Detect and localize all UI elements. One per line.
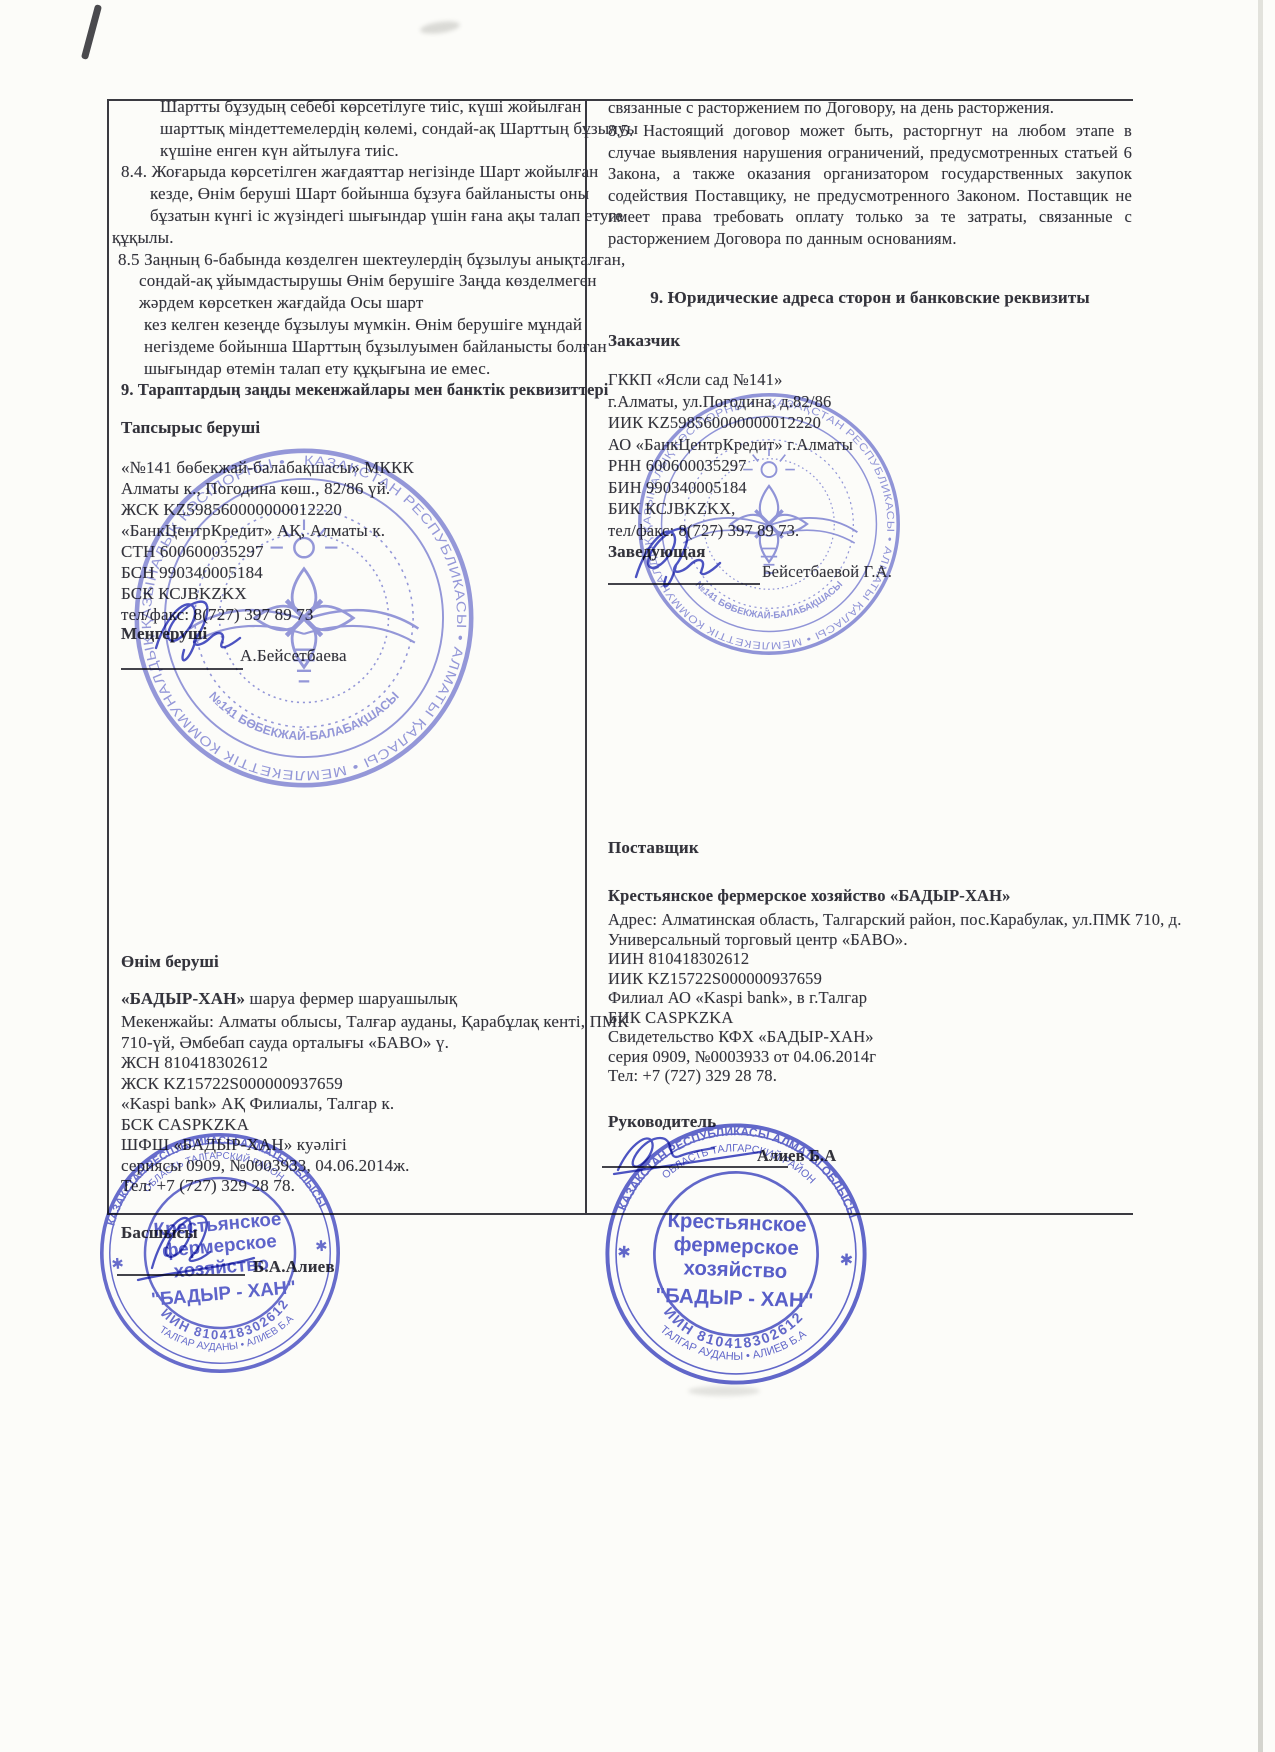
left-supplier-details: Мекенжайы: Алматы облысы, Талғар ауданы,… bbox=[121, 1012, 629, 1197]
detail-line: ИИН 810418302612 bbox=[608, 949, 1181, 969]
clause-line: сондай-ақ ұйымдастырушы Өнім берушіге За… bbox=[112, 270, 582, 292]
left-supplier-head-label: Басшысы bbox=[121, 1222, 198, 1244]
detail-line: ШФШ «БАДЫР-ХАН» куәлігі bbox=[121, 1135, 629, 1156]
svg-text:ИИН 810418302612: ИИН 810418302612 bbox=[659, 1304, 808, 1355]
detail-line: РНН 600600035297 bbox=[608, 455, 853, 477]
stamp-center-line: "БАДЫР - ХАН" bbox=[655, 1285, 814, 1312]
clause-line: жәрдем көрсеткен жағдайда Осы шарт bbox=[112, 292, 582, 314]
scan-mark-corner bbox=[81, 4, 102, 60]
detail-line: Адрес: Алматинская область, Талгарский р… bbox=[608, 910, 1181, 930]
detail-line: БИК CASPKZKA bbox=[608, 1008, 1181, 1028]
scanned-contract-page: Шартты бұзудың себебі көрсетілуге тиіс, … bbox=[0, 0, 1275, 1752]
detail-line: Универсальный торговый центр «БАВО». bbox=[608, 930, 1181, 950]
detail-line: Тел: +7 (727) 329 28 78. bbox=[608, 1066, 1181, 1086]
table-border-left bbox=[107, 99, 109, 1215]
left-customer-head-label: Меңгеруші bbox=[121, 623, 207, 645]
right-supplier-head-label: Руководитель bbox=[608, 1112, 716, 1132]
detail-line: ИИК KZ598560000000012220 bbox=[608, 412, 853, 434]
detail-line: «Kaspi bank» АҚ Филиалы, Талгар к. bbox=[121, 1094, 629, 1115]
stamp-outer-top-text: КАЗАКСТАН РЕСПУБЛИКАСЫ АЛМАТЫ ОБЛЫСЫ bbox=[615, 1120, 863, 1221]
svg-text:№141 БӨБЕКЖАЙ-БАЛАБАҚШАСЫ: №141 БӨБЕКЖАЙ-БАЛАБАҚШАСЫ bbox=[206, 689, 402, 743]
detail-line: ЖСН 810418302612 bbox=[121, 1053, 629, 1074]
supplier-signature-right bbox=[608, 1126, 768, 1191]
detail-line: 710-үй, Әмбебап сауда орталығы «БАВО» ү. bbox=[121, 1033, 629, 1054]
detail-line: «БанкЦентрКредит» АҚ, Алматы к. bbox=[121, 520, 414, 541]
detail-line: ЖСК KZ598560000000012220 bbox=[121, 499, 414, 520]
right-customer-details: ГККП «Ясли сад №141» г.Алматы, ул.Погоди… bbox=[608, 369, 853, 541]
svg-text:№141 БӨБЕКЖАЙ-БАЛАБАҚШАСЫ: №141 БӨБЕКЖАЙ-БАЛАБАҚШАСЫ bbox=[693, 579, 845, 621]
detail-line: «№141 бөбекжай-балабақшасы» МККК bbox=[121, 457, 414, 478]
stamp-iin-text: ИИН 810418302612 bbox=[659, 1304, 808, 1355]
detail-line: Свидетельство КФХ «БАДЫР-ХАН» bbox=[608, 1027, 1181, 1047]
right-supplier-name: Крестьянское фермерское хозяйство «БАДЫР… bbox=[608, 886, 1010, 906]
stamp-star-icon: ✱ bbox=[315, 1238, 329, 1255]
detail-line: БСН 990340005184 bbox=[121, 562, 414, 583]
svg-text:ТАЛГАР АУДАНЫ • АЛИЕВ Б.А: ТАЛГАР АУДАНЫ • АЛИЕВ Б.А bbox=[657, 1323, 810, 1365]
left-section9-heading: 9. Тараптардың заңды мекенжайлары мен ба… bbox=[121, 380, 608, 400]
detail-line: БСК КСJBKZKX bbox=[121, 583, 414, 604]
signature-line bbox=[602, 1166, 788, 1168]
stamp-star-icon: ✱ bbox=[839, 1251, 853, 1269]
svg-text:ИИН 810418302612: ИИН 810418302612 bbox=[157, 1295, 295, 1348]
right-clause-85: 8.5. Настоящий договор может быть, расто… bbox=[608, 120, 1132, 250]
detail-line: ЖСК KZ15722S000000937659 bbox=[121, 1074, 629, 1095]
supplier-name-bold: «БАДЫР-ХАН» bbox=[121, 989, 245, 1008]
detail-line: сериясы 0909, №0003933, 04.06.2014ж. bbox=[121, 1156, 629, 1177]
detail-line: БИК КСJBKZKX, bbox=[608, 498, 853, 520]
stamp-iin-text: ИИН 810418302612 bbox=[157, 1295, 295, 1348]
detail-line: Филиал АО «Kaspi bank», в г.Талгар bbox=[608, 988, 1181, 1008]
svg-text:ТАЛГАР АУДАНЫ • АЛИЕВ Б.А: ТАЛГАР АУДАНЫ • АЛИЕВ Б.А bbox=[156, 1313, 298, 1359]
clause-line: күшіне енген күн айтылуға тиіс. bbox=[112, 140, 582, 162]
detail-line: г.Алматы, ул.Погодина, д.82/86 bbox=[608, 391, 853, 413]
detail-line: ИИК KZ15722S000000937659 bbox=[608, 969, 1181, 989]
signature-line bbox=[121, 668, 243, 670]
right-customer-head-label: Заведующая bbox=[608, 542, 706, 562]
paper-edge-right bbox=[1258, 0, 1263, 1752]
detail-line: Тел: +7 (727) 329 28 78. bbox=[121, 1176, 629, 1197]
clause-line: шарттық міндеттемелердің көлемі, сондай-… bbox=[112, 118, 582, 140]
clause-line: кезде, Өнім беруші Шарт бойынша бұзуға б… bbox=[112, 183, 582, 205]
stamp-center-line: "БАДЫР - ХАН" bbox=[150, 1276, 297, 1310]
detail-line: Алматы к., Погодина көш., 82/86 үй. bbox=[121, 478, 414, 499]
left-clauses: Шартты бұзудың себебі көрсетілуге тиіс, … bbox=[112, 96, 582, 379]
scan-smudge bbox=[419, 19, 460, 35]
detail-line: тел/факс: 8(727) 397 89 73. bbox=[608, 520, 853, 542]
detail-line: СТН 600600035297 bbox=[121, 541, 414, 562]
detail-line: БСК CASPKZKA bbox=[121, 1115, 629, 1136]
left-supplier-name: «БАДЫР-ХАН» шаруа фермер шаруашылық bbox=[121, 988, 457, 1010]
stamp-inner-text: №141 БӨБЕКЖАЙ-БАЛАБАҚШАСЫ bbox=[693, 579, 845, 621]
left-supplier-label: Өнім беруші bbox=[121, 951, 219, 973]
right-supplier-details: Адрес: Алматинская область, Талгарский р… bbox=[608, 910, 1181, 1086]
table-border-bottom bbox=[107, 1213, 1133, 1215]
left-customer-details: «№141 бөбекжай-балабақшасы» МККК Алматы … bbox=[121, 457, 414, 625]
stamp-center-line: фермерское bbox=[673, 1234, 799, 1260]
right-section9-heading: 9. Юридические адреса сторон и банковски… bbox=[608, 288, 1132, 308]
left-customer-label: Тапсырыс беруші bbox=[121, 417, 260, 439]
clause-line: негіздеме бойынша Шарттың бұзылуымен бай… bbox=[112, 336, 582, 358]
svg-text:КАЗАКСТАН РЕСПУБЛИКАСЫ АЛМАТЫ: КАЗАКСТАН РЕСПУБЛИКАСЫ АЛМАТЫ ОБЛЫСЫ bbox=[615, 1120, 863, 1221]
left-supplier-sign-name: Б.А.Алиев bbox=[253, 1256, 335, 1278]
signature-line bbox=[608, 583, 760, 585]
right-intro-line: связанные с расторжением по Договору, на… bbox=[608, 98, 1054, 118]
clause-line: кез келген кезеңде бұзылуы мүмкін. Өнім … bbox=[112, 314, 582, 336]
right-supplier-label: Поставщик bbox=[608, 838, 699, 858]
supplier-name-rest: шаруа фермер шаруашылық bbox=[245, 989, 457, 1008]
stamp-star-icon: ✱ bbox=[617, 1243, 631, 1261]
right-customer-label: Заказчик bbox=[608, 331, 680, 351]
stamp-inner-text: №141 БӨБЕКЖАЙ-БАЛАБАҚШАСЫ bbox=[206, 689, 402, 743]
detail-line: тел/факс: 8(727) 397 89 73 bbox=[121, 604, 414, 625]
clause-line: шығындар өтемін талап ету құқығына ие ем… bbox=[112, 358, 582, 380]
signature-line bbox=[117, 1274, 245, 1276]
stamp-star-icon: ✱ bbox=[111, 1256, 125, 1273]
right-customer-sign-name: Бейсетбаевой Г.А. bbox=[762, 562, 892, 582]
detail-line: серия 0909, №0003933 от 04.06.2014г bbox=[608, 1047, 1181, 1067]
clause-line: бұзатын күнгі іс жүзіндегі шығындар үшін… bbox=[112, 205, 582, 227]
clause-line: құқылы. bbox=[112, 227, 582, 249]
stamp-center-line: хозяйство bbox=[683, 1257, 787, 1283]
clause-line: 8.4. Жоғарыда көрсетілген жағдаяттар нег… bbox=[112, 161, 582, 183]
scan-smudge bbox=[688, 1386, 760, 1396]
stamp-outer-bottom-text: ТАЛГАР АУДАНЫ • АЛИЕВ Б.А bbox=[156, 1313, 298, 1359]
clause-line: 8.5 Заңның 6-бабында көзделген шектеулер… bbox=[112, 249, 582, 271]
stamp-outer-bottom-text: ТАЛГАР АУДАНЫ • АЛИЕВ Б.А bbox=[657, 1323, 810, 1365]
detail-line: АО «БанкЦентрКредит» г.Алматы bbox=[608, 434, 853, 456]
right-supplier-sign-name: Алиев Б.А bbox=[757, 1146, 836, 1166]
detail-line: ГККП «Ясли сад №141» bbox=[608, 369, 853, 391]
detail-line: БИН 990340005184 bbox=[608, 477, 853, 499]
clause-line: Шартты бұзудың себебі көрсетілуге тиіс, … bbox=[112, 96, 582, 118]
left-customer-sign-name: А.Бейсетбаева bbox=[240, 645, 347, 667]
detail-line: Мекенжайы: Алматы облысы, Талғар ауданы,… bbox=[121, 1012, 629, 1033]
